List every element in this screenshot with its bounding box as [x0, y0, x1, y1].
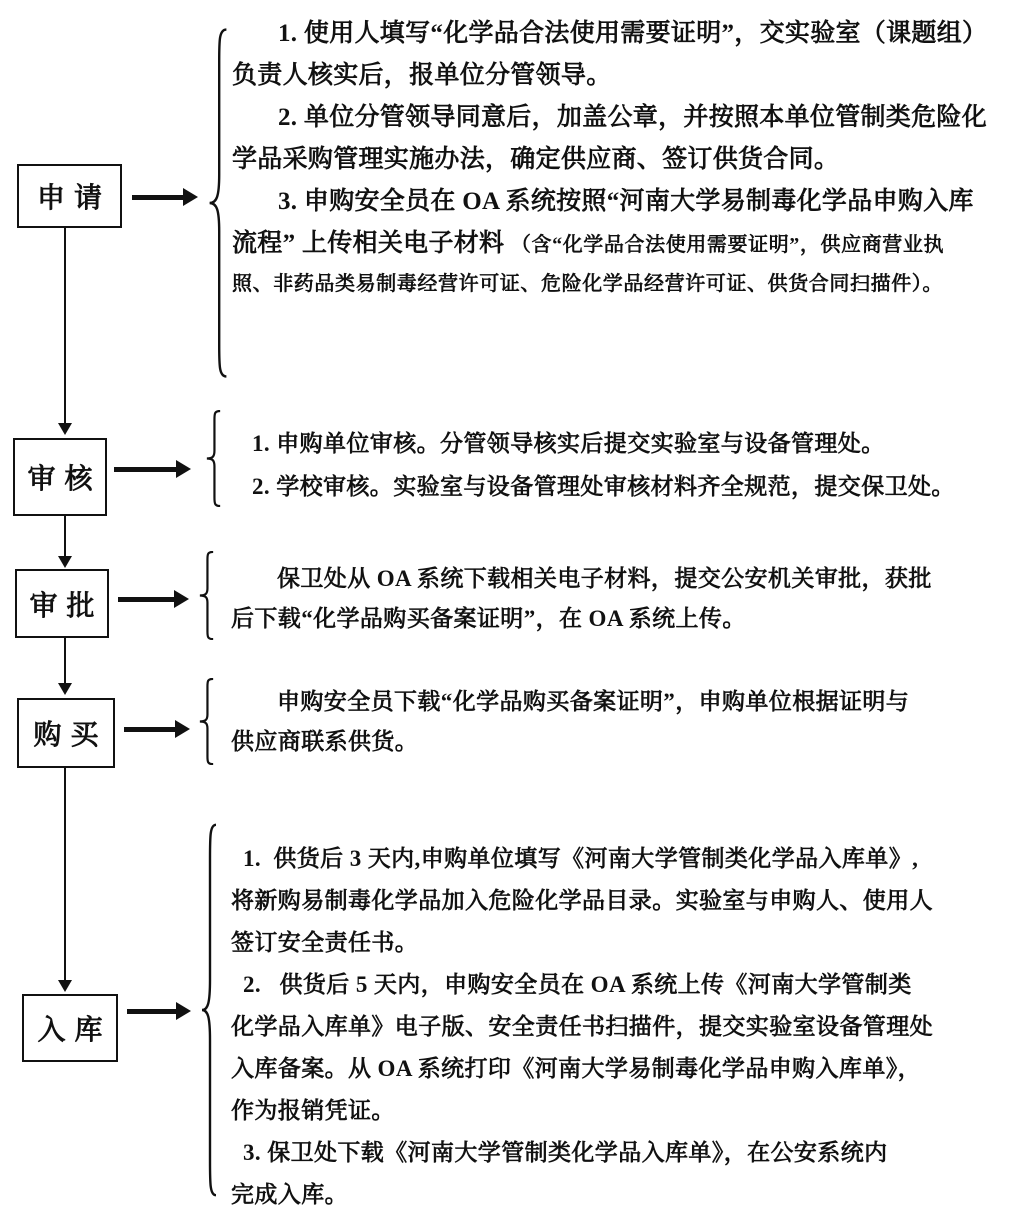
right-arrow-purchase-icon: [124, 727, 175, 732]
stage-box-review: 审核: [13, 438, 107, 516]
left-brace-apply-icon: [206, 26, 230, 380]
down-arrow-apply-review-icon: [64, 228, 66, 424]
note-line: 申购安全员下载“化学品购买备案证明”，申购单位根据证明与: [231, 688, 909, 717]
left-brace-review-icon: [204, 410, 223, 507]
stage-box-storage: 入库: [22, 994, 118, 1062]
down-arrow-purchase-storage-icon: [64, 768, 66, 981]
note-line: 后下载“化学品购买备案证明”，在 OA 系统上传。: [231, 605, 746, 634]
note-line: 完成入库。: [231, 1181, 348, 1210]
stage-label-approve: 审批: [29, 584, 103, 624]
stage-box-purchase: 购买: [17, 698, 115, 768]
note-line: 保卫处从 OA 系统下载相关电子材料，提交公安机关审批，获批: [231, 565, 932, 594]
right-arrow-apply-icon: [132, 195, 183, 200]
note-line: 2. 学校审核。实验室与设备管理处审核材料齐全规范，提交保卫处。: [252, 473, 955, 502]
flowchart-page: 申请 审核 审批 购买 入库 1. 使用人填写“化学品合法使用需要证明”，交实验…: [0, 0, 1024, 1215]
note-line: 签订安全责任书。: [231, 929, 418, 958]
left-brace-purchase-icon: [197, 678, 216, 765]
note-line: 入库备案。从 OA 系统打印《河南大学易制毒化学品申购入库单》，: [231, 1055, 921, 1084]
note-line: 负责人核实后，报单位分管领导。: [232, 60, 612, 91]
note-line: 1. 使用人填写“化学品合法使用需要证明”，交实验室（课题组）: [232, 18, 987, 49]
note-line: 3. 保卫处下载《河南大学管制类化学品入库单》，在公安系统内: [231, 1139, 888, 1168]
note-line: 1. 申购单位审核。分管领导核实后提交实验室与设备管理处。: [252, 430, 885, 459]
stage-label-purchase: 购买: [33, 713, 107, 753]
down-arrow-approve-purchase-icon: [64, 638, 66, 684]
note-line: 化学品入库单》电子版、安全责任书扫描件，提交实验室设备管理处: [231, 1013, 933, 1042]
right-arrow-approve-icon: [118, 597, 174, 602]
note-line: 1. 供货后 3 天内,申购单位填写《河南大学管制类化学品入库单》,: [231, 845, 918, 874]
note-line: 将新购易制毒化学品加入危险化学品目录。实验室与申购人、使用人: [231, 887, 933, 916]
note-line: 作为报销凭证。: [231, 1097, 395, 1126]
note-line: 流程” 上传相关电子材料 （含“化学品合法使用需要证明”，供应商营业执: [232, 228, 944, 259]
down-arrow-review-approve-icon: [64, 516, 66, 557]
stage-box-apply: 申请: [17, 164, 122, 228]
note-line: 2. 供货后 5 天内，申购安全员在 OA 系统上传《河南大学管制类: [231, 971, 912, 1000]
stage-label-review: 审核: [27, 457, 101, 497]
note-line: 照、非药品类易制毒经营许可证、危险化学品经营许可证、供货合同扫描件）。: [232, 272, 943, 297]
note-line: 2. 单位分管领导同意后，加盖公章，并按照本单位管制类危险化: [232, 102, 987, 133]
stage-label-storage: 入库: [37, 1008, 111, 1048]
right-arrow-review-icon: [114, 467, 176, 472]
stage-box-approve: 审批: [15, 569, 109, 638]
note-line: 学品采购管理实施办法，确定供应商、签订供货合同。: [232, 144, 839, 175]
right-arrow-storage-icon: [127, 1009, 176, 1014]
note-line: 供应商联系供货。: [231, 728, 418, 757]
note-line: 3. 申购安全员在 OA 系统按照“河南大学易制毒化学品申购入库: [232, 186, 974, 217]
stage-label-apply: 申请: [37, 176, 111, 216]
left-brace-storage-icon: [199, 821, 219, 1199]
left-brace-approve-icon: [197, 551, 216, 640]
